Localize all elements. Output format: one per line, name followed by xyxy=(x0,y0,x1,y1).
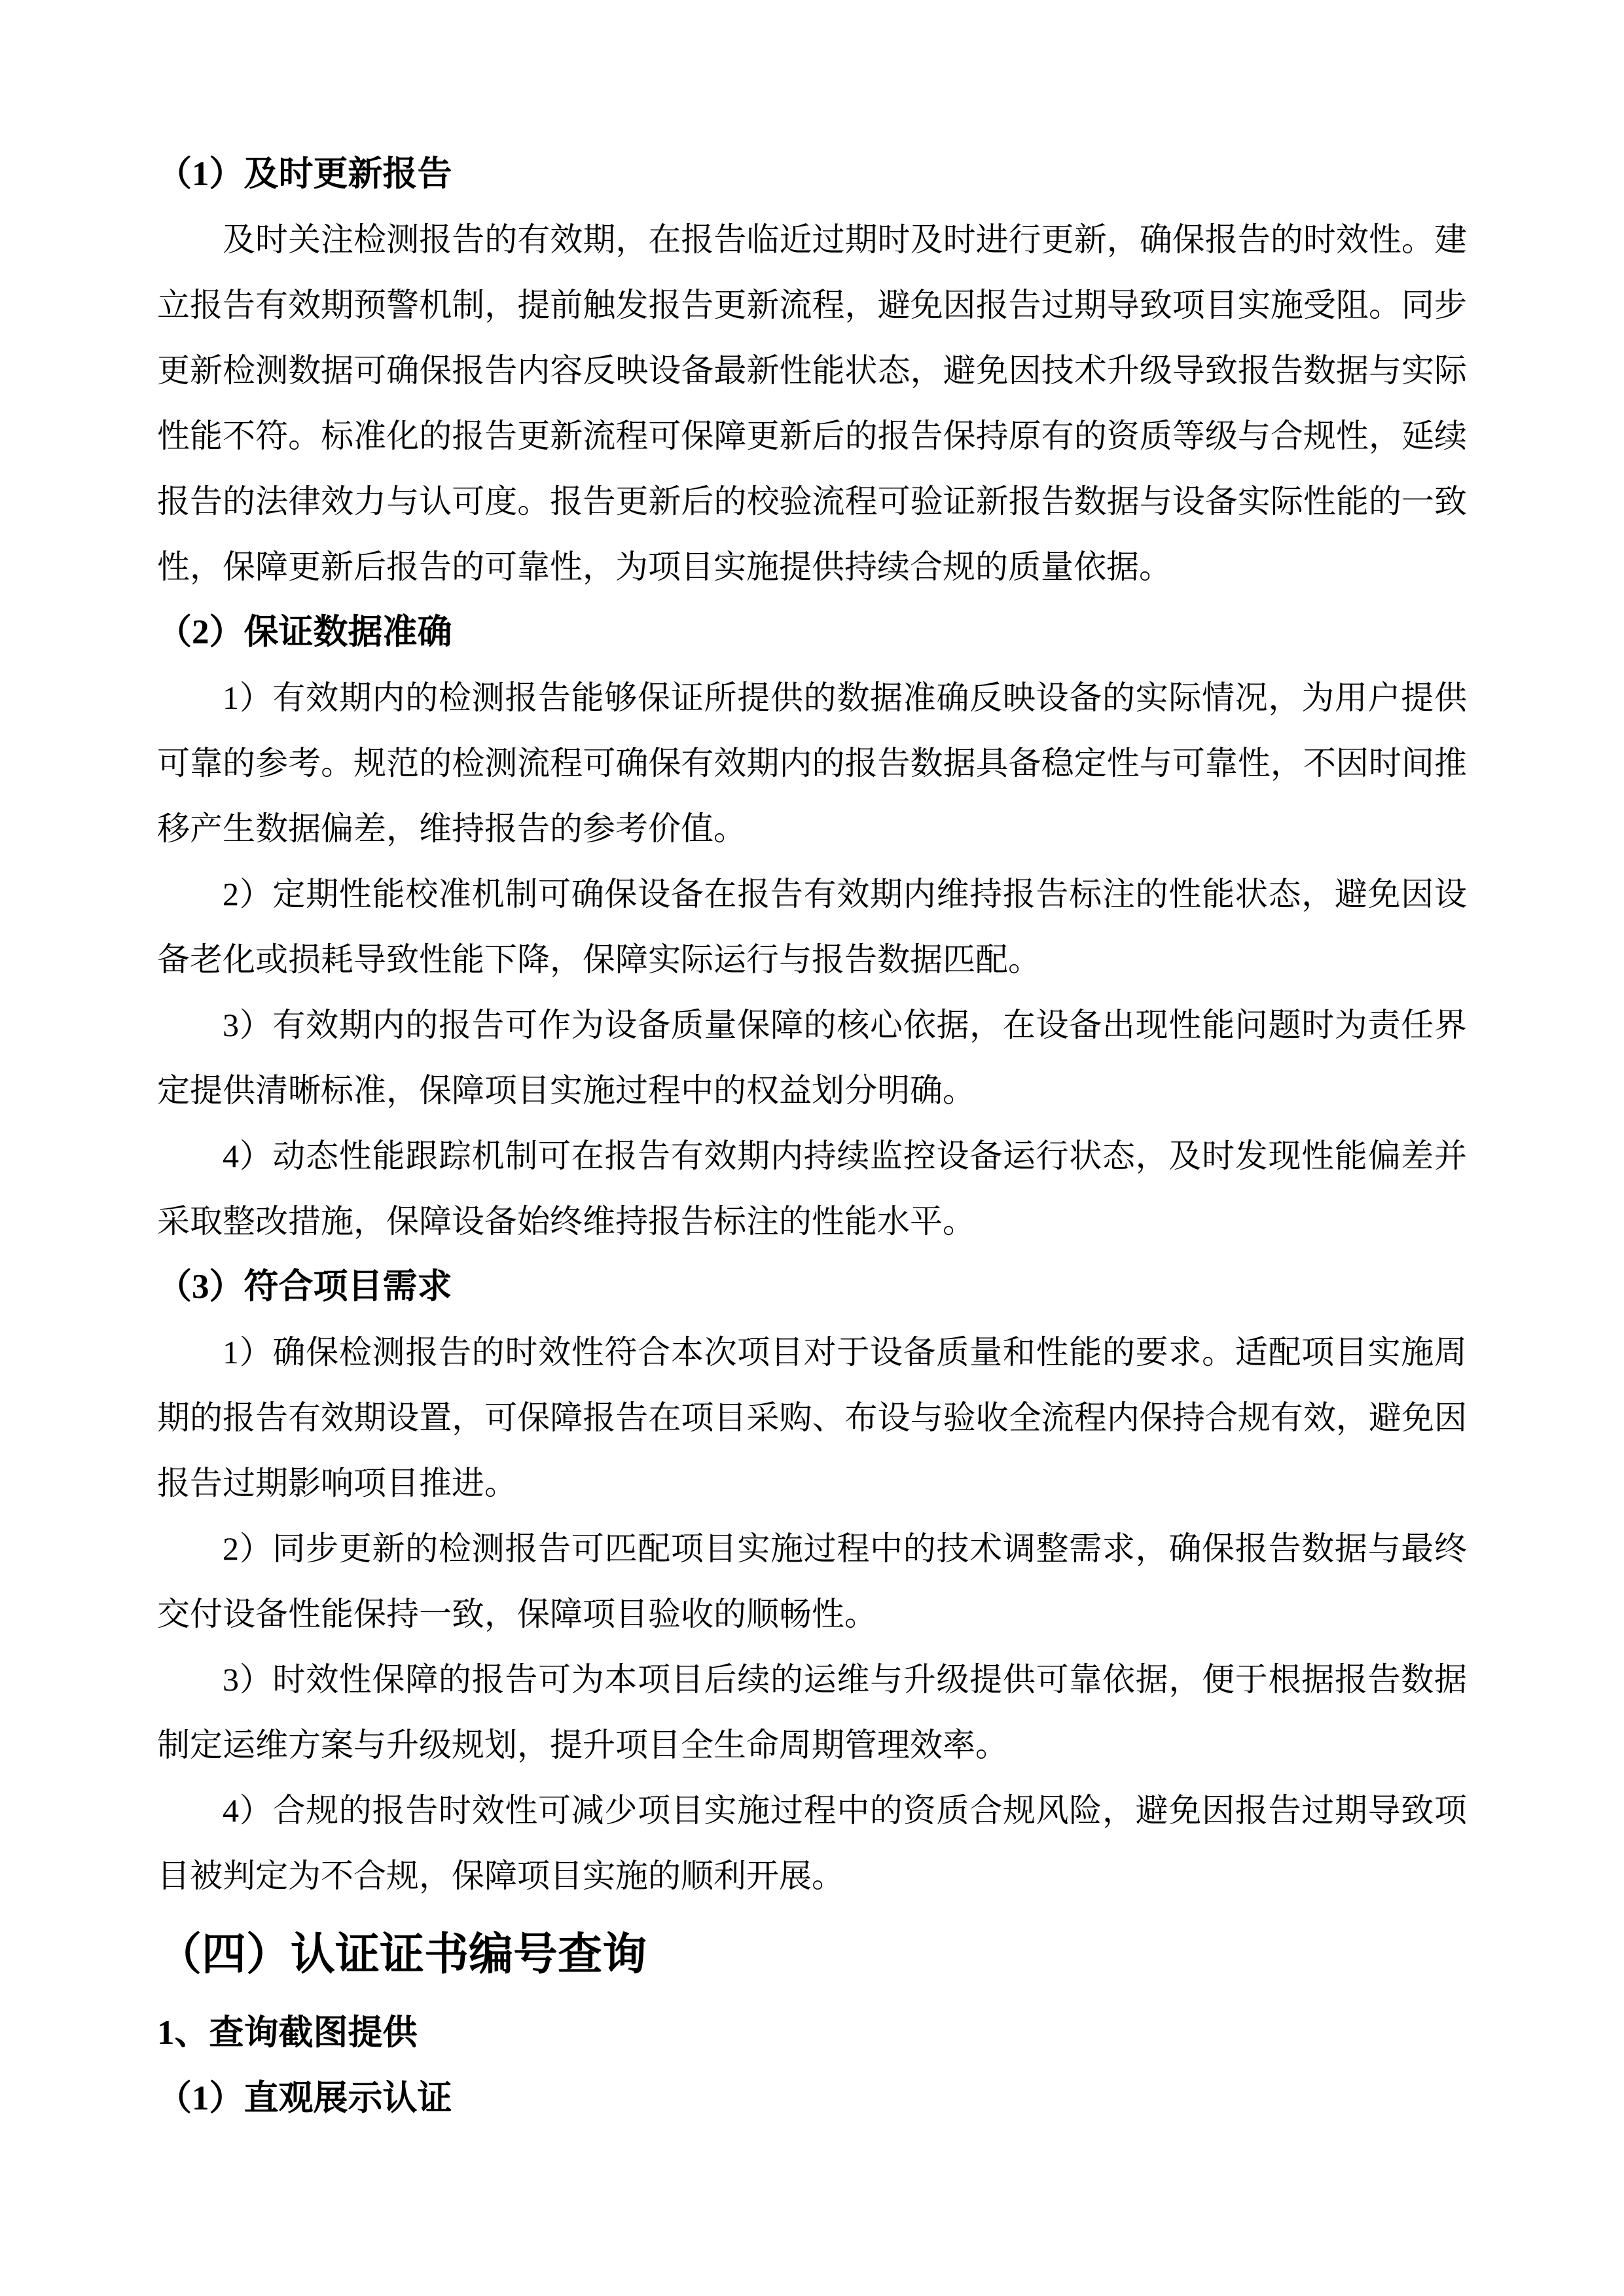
section-heading-project-requirements: （3）符合项目需求 xyxy=(157,1254,1467,1319)
paragraph-timely-update-body: 及时关注检测报告的有效期，在报告临近过期时及时进行更新，确保报告的时效性。建立报… xyxy=(157,207,1467,600)
paragraph-project-req-item-2: 2）同步更新的检测报告可匹配项目实施过程中的技术调整需求，确保报告数据与最终交付… xyxy=(157,1516,1467,1647)
paragraph-project-req-item-3: 3）时效性保障的报告可为本项目后续的运维与升级提供可靠依据，便于根据报告数据制定… xyxy=(157,1647,1467,1778)
section-heading-query-screenshot: 1、查询截图提供 xyxy=(157,2000,1467,2066)
paragraph-data-accuracy-item-1: 1）有效期内的检测报告能够保证所提供的数据准确反映设备的实际情况，为用户提供可靠… xyxy=(157,665,1467,861)
paragraph-data-accuracy-item-3: 3）有效期内的报告可作为设备质量保障的核心依据，在设备出现性能问题时为责任界定提… xyxy=(157,992,1467,1123)
paragraph-project-req-item-4: 4）合规的报告时效性可减少项目实施过程中的资质合规风险，避免因报告过期导致项目被… xyxy=(157,1778,1467,1909)
section-heading-data-accuracy: （2）保证数据准确 xyxy=(157,600,1467,665)
paragraph-project-req-item-1: 1）确保检测报告的时效性符合本次项目对于设备质量和性能的要求。适配项目实施周期的… xyxy=(157,1319,1467,1516)
section-heading-intuitive-display: （1）直观展示认证 xyxy=(157,2066,1467,2131)
chapter-heading-cert-number-query: （四）认证证书编号查询 xyxy=(157,1909,1467,2000)
document-page: （1）及时更新报告 及时关注检测报告的有效期，在报告临近过期时及时进行更新，确保… xyxy=(0,0,1624,2296)
section-heading-timely-update: （1）及时更新报告 xyxy=(157,141,1467,207)
paragraph-data-accuracy-item-2: 2）定期性能校准机制可确保设备在报告有效期内维持报告标注的性能状态，避免因设备老… xyxy=(157,861,1467,992)
paragraph-data-accuracy-item-4: 4）动态性能跟踪机制可在报告有效期内持续监控设备运行状态，及时发现性能偏差并采取… xyxy=(157,1123,1467,1254)
